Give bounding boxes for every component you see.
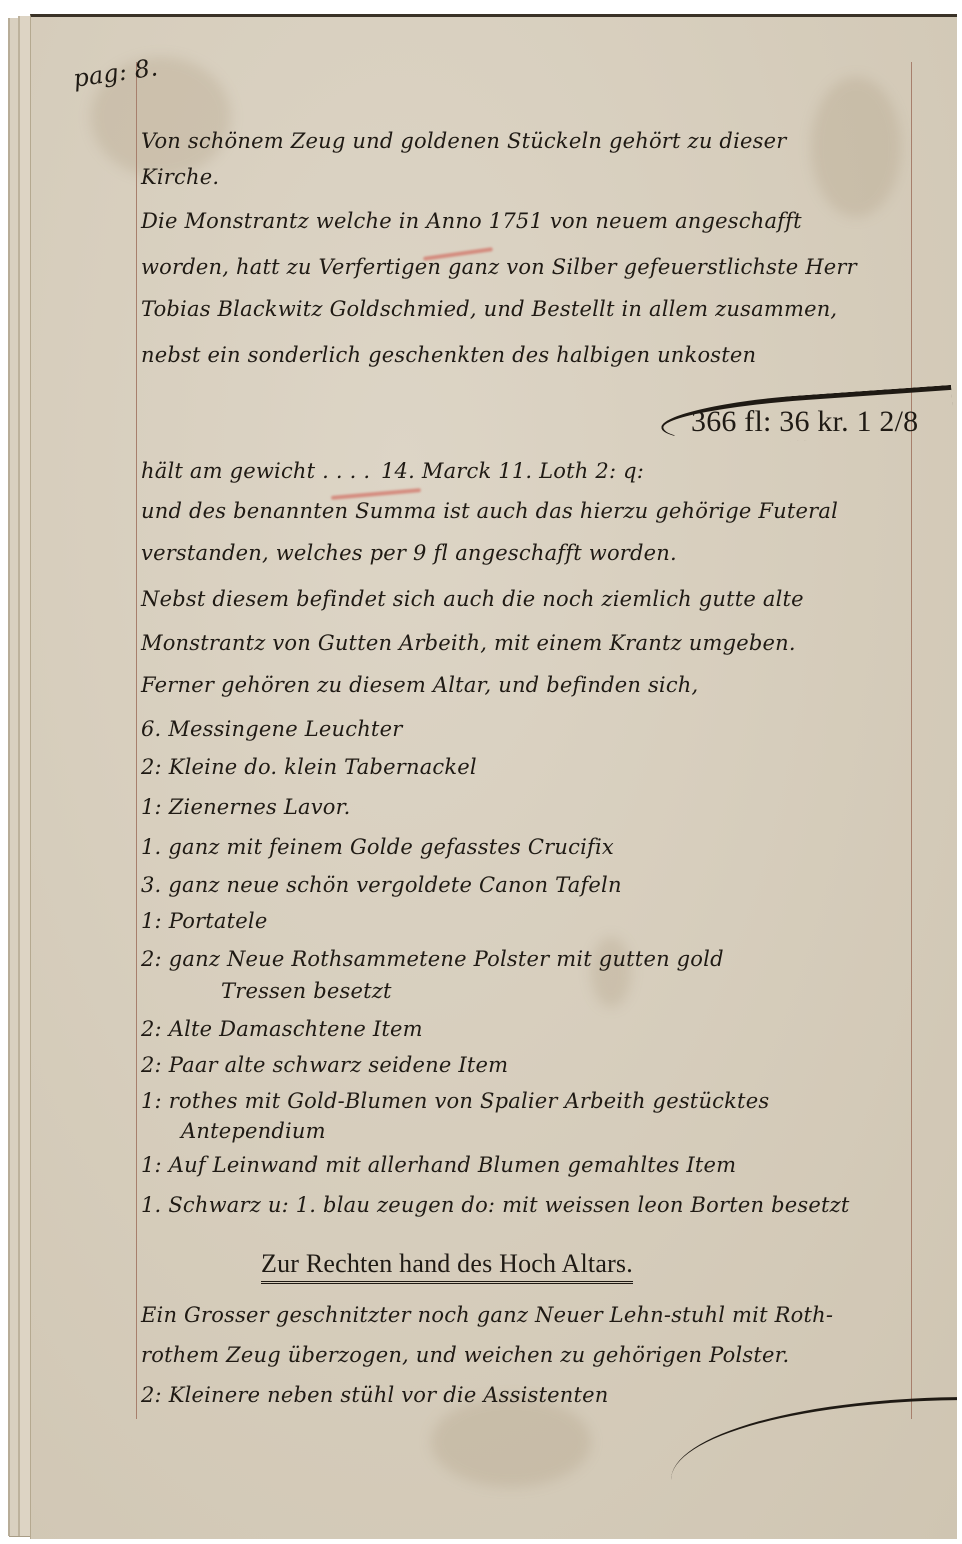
section-line: rothem Zeug überzogen, und weichen zu ge… [141, 1343, 789, 1367]
item-qty: 2: [141, 1017, 162, 1041]
item-text: ganz neue schön vergoldete Canon Tafeln [168, 873, 621, 897]
monstrance-line: nebst ein sonderlich geschenkten des hal… [141, 343, 756, 367]
inventory-item: 1: Portatele [141, 909, 267, 933]
item-qty: 2: [141, 1053, 162, 1077]
inventory-item: 1: Auf Leinwand mit allerhand Blumen gem… [141, 1153, 736, 1177]
item-qty: 2: [141, 755, 162, 779]
inventory-item: 1: rothes mit Gold-Blumen von Spalier Ar… [141, 1089, 769, 1113]
item-qty: 3. [141, 873, 161, 897]
inventory-item: 6. Messingene Leuchter [141, 717, 402, 741]
inventory-item: 1: Zienernes Lavor. [141, 795, 350, 819]
monstrance-line: Tobias Blackwitz Goldschmied, und Bestel… [141, 297, 837, 321]
monstrance-line: worden, hatt zu Verfertigen ganz von Sil… [141, 255, 857, 279]
inventory-item-continuation: Antependium [181, 1119, 326, 1143]
section-line: 2: Kleinere neben stühl vor die Assisten… [141, 1383, 609, 1407]
item-qty: 1: [141, 1089, 162, 1113]
right-margin-rule [911, 62, 912, 1419]
inventory-item: 2: Kleine do. klein Tabernackel [141, 755, 477, 779]
old-monstrance-line: Ferner gehören zu diesem Altar, und befi… [141, 673, 698, 697]
inventory-item: 2: Paar alte schwarz seidene Item [141, 1053, 508, 1077]
sum-amount: 366 fl: 36 kr. 1 2/8 [691, 405, 918, 439]
item-qty: 1. [141, 835, 161, 859]
inventory-item: 1. ganz mit feinem Golde gefasstes Cruci… [141, 835, 614, 859]
item-qty: 2: [141, 947, 162, 971]
item-qty: 6. [141, 717, 161, 741]
item-text: Schwarz u: 1. blau zeugen do: mit weisse… [168, 1193, 849, 1217]
intro-line: Von schönem Zeug und goldenen Stückeln g… [141, 129, 786, 153]
item-qty: 1: [141, 795, 162, 819]
item-text: Alte Damaschtene Item [169, 1017, 423, 1041]
item-qty: 1: [141, 1153, 162, 1177]
end-flourish [671, 1397, 957, 1480]
inventory-item: 2: Alte Damaschtene Item [141, 1017, 423, 1041]
weight-value: 14. Marck 11. Loth 2: q: [381, 459, 644, 483]
intro-line: Kirche. [141, 165, 219, 189]
water-stain [431, 1397, 591, 1487]
monstrance-line: Die Monstrantz welche in Anno 1751 von n… [141, 209, 802, 233]
item-text: Portatele [169, 909, 268, 933]
manuscript-page: pag: 8. Von schönem Zeug und goldenen St… [30, 14, 957, 1539]
left-margin-rule [136, 62, 137, 1419]
item-text: Paar alte schwarz seidene Item [169, 1053, 509, 1077]
old-monstrance-line: Monstrantz von Gutten Arbeith, mit einem… [141, 631, 796, 655]
futeral-line: und des benannten Summa ist auch das hie… [141, 499, 838, 523]
item-text: ganz Neue Rothsammetene Polster mit gutt… [169, 947, 724, 971]
section-line: Ein Grosser geschnitzter noch ganz Neuer… [141, 1303, 833, 1327]
inventory-item: 3. ganz neue schön vergoldete Canon Tafe… [141, 873, 622, 897]
inventory-item-continuation: Tressen besetzt [221, 979, 392, 1003]
item-qty: 1. [141, 1193, 161, 1217]
item-text: Zienernes Lavor. [169, 795, 351, 819]
item-text: Kleine do. klein Tabernackel [169, 755, 477, 779]
water-stain [811, 77, 901, 217]
inventory-item: 1. Schwarz u: 1. blau zeugen do: mit wei… [141, 1193, 850, 1217]
item-text: ganz mit feinem Golde gefasstes Crucifix [168, 835, 614, 859]
inventory-item: 2: ganz Neue Rothsammetene Polster mit g… [141, 947, 724, 971]
item-text: Auf Leinwand mit allerhand Blumen gemahl… [169, 1153, 737, 1177]
section-heading: Zur Rechten hand des Hoch Altars. [261, 1249, 633, 1284]
old-monstrance-line: Nebst diesem befindet sich auch die noch… [141, 587, 804, 611]
item-text: rothes mit Gold-Blumen von Spalier Arbei… [169, 1089, 770, 1113]
item-qty: 1: [141, 909, 162, 933]
item-text: Messingene Leuchter [168, 717, 402, 741]
futeral-line: verstanden, welches per 9 fl angeschafft… [141, 541, 677, 565]
weight-label: hält am gewicht . . . . [141, 459, 370, 483]
